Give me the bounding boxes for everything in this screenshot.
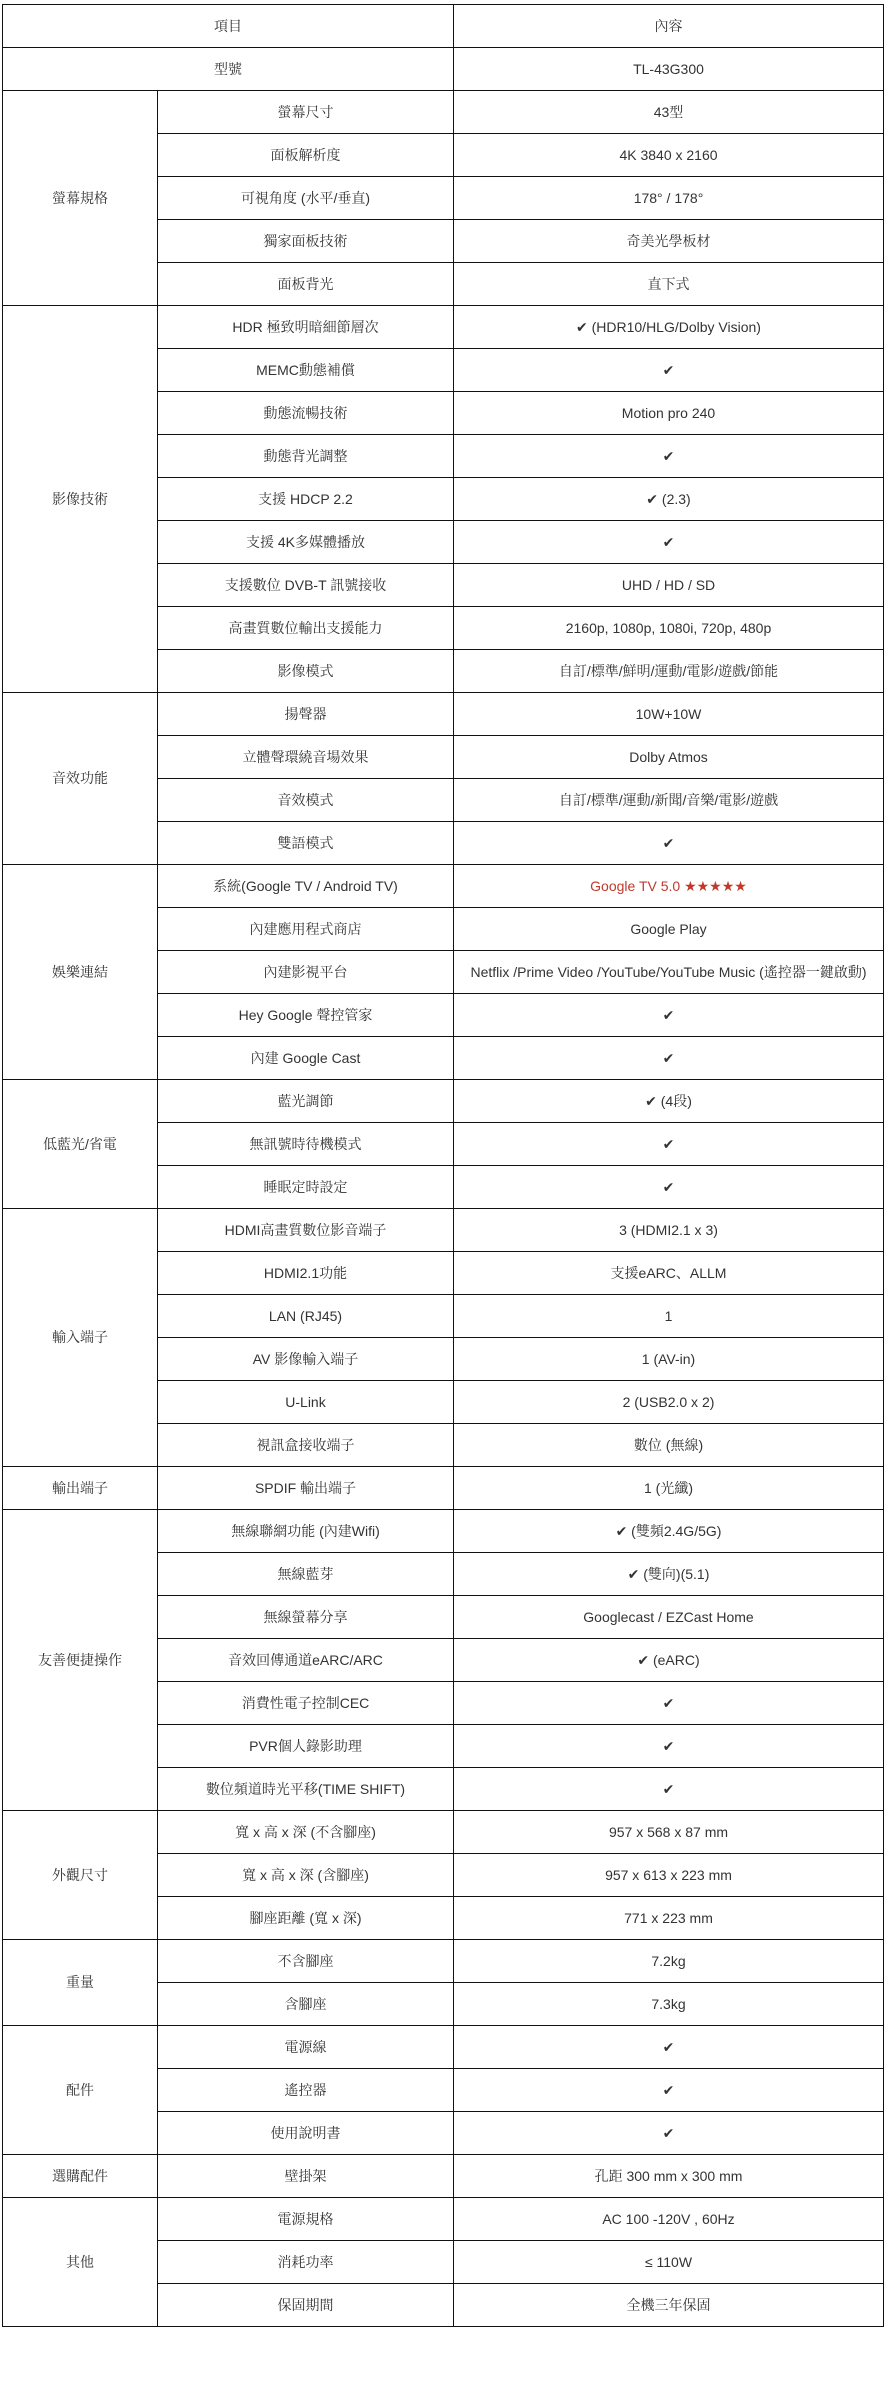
spec-value: ✔	[454, 1037, 884, 1080]
spec-item: 揚聲器	[158, 693, 454, 736]
spec-item: 支援 HDCP 2.2	[158, 478, 454, 521]
spec-value: ✔	[454, 994, 884, 1037]
spec-item: 視訊盒接收端子	[158, 1424, 454, 1467]
group-label: 其他	[3, 2198, 158, 2327]
spec-item: HDR 極致明暗細節層次	[158, 306, 454, 349]
spec-value: ✔ (2.3)	[454, 478, 884, 521]
spec-item: 電源線	[158, 2026, 454, 2069]
group-label: 音效功能	[3, 693, 158, 865]
spec-item: HDMI高畫質數位影音端子	[158, 1209, 454, 1252]
spec-value: ✔ (雙頻2.4G/5G)	[454, 1510, 884, 1553]
spec-item: 面板背光	[158, 263, 454, 306]
spec-item: 可視角度 (水平/垂直)	[158, 177, 454, 220]
table-row: 低藍光/省電藍光調節✔ (4段)	[3, 1080, 884, 1123]
spec-value: Googlecast / EZCast Home	[454, 1596, 884, 1639]
spec-value: 數位 (無線)	[454, 1424, 884, 1467]
spec-value: ✔ (eARC)	[454, 1639, 884, 1682]
spec-value: ✔	[454, 1725, 884, 1768]
table-row: 娛樂連結系統(Google TV / Android TV)Google TV …	[3, 865, 884, 908]
table-row: 輸入端子HDMI高畫質數位影音端子3 (HDMI2.1 x 3)	[3, 1209, 884, 1252]
spec-value: ✔	[454, 2112, 884, 2155]
spec-item: AV 影像輸入端子	[158, 1338, 454, 1381]
spec-value: 全機三年保固	[454, 2284, 884, 2327]
spec-value: 1 (AV-in)	[454, 1338, 884, 1381]
spec-item: 音效模式	[158, 779, 454, 822]
spec-value: 奇美光學板材	[454, 220, 884, 263]
table-row: 輸出端子SPDIF 輸出端子1 (光纖)	[3, 1467, 884, 1510]
spec-item: LAN (RJ45)	[158, 1295, 454, 1338]
table-row: 友善便捷操作無線聯網功能 (內建Wifi)✔ (雙頻2.4G/5G)	[3, 1510, 884, 1553]
group-label: 友善便捷操作	[3, 1510, 158, 1811]
spec-value: 自訂/標準/運動/新聞/音樂/電影/遊戲	[454, 779, 884, 822]
header-content: 內容	[454, 5, 884, 48]
spec-item: SPDIF 輸出端子	[158, 1467, 454, 1510]
group-label: 低藍光/省電	[3, 1080, 158, 1209]
group-label: 螢幕規格	[3, 91, 158, 306]
spec-value: 10W+10W	[454, 693, 884, 736]
spec-value: ✔ (雙向)(5.1)	[454, 1553, 884, 1596]
spec-item: MEMC動態補償	[158, 349, 454, 392]
table-row: 影像技術HDR 極致明暗細節層次✔ (HDR10/HLG/Dolby Visio…	[3, 306, 884, 349]
spec-item: 無線螢幕分享	[158, 1596, 454, 1639]
spec-value: ≤ 110W	[454, 2241, 884, 2284]
spec-item: 動態流暢技術	[158, 392, 454, 435]
spec-item: 支援數位 DVB-T 訊號接收	[158, 564, 454, 607]
spec-item: PVR個人錄影助理	[158, 1725, 454, 1768]
table-header-row: 項目 內容	[3, 5, 884, 48]
spec-item: 雙語模式	[158, 822, 454, 865]
model-value: TL-43G300	[454, 48, 884, 91]
spec-item: Hey Google 聲控管家	[158, 994, 454, 1037]
table-row: 重量不含腳座7.2kg	[3, 1940, 884, 1983]
header-item: 項目	[3, 5, 454, 48]
spec-value: 43型	[454, 91, 884, 134]
spec-item: 含腳座	[158, 1983, 454, 2026]
spec-value: UHD / HD / SD	[454, 564, 884, 607]
spec-table: 項目 內容 型號 TL-43G300 螢幕規格螢幕尺寸43型面板解析度4K 38…	[2, 4, 884, 2327]
group-label: 輸入端子	[3, 1209, 158, 1467]
spec-value: 2160p, 1080p, 1080i, 720p, 480p	[454, 607, 884, 650]
spec-item: 獨家面板技術	[158, 220, 454, 263]
spec-item: 高畫質數位輸出支援能力	[158, 607, 454, 650]
spec-item: 寬 x 高 x 深 (不含腳座)	[158, 1811, 454, 1854]
spec-value: 直下式	[454, 263, 884, 306]
spec-item: 腳座距離 (寬 x 深)	[158, 1897, 454, 1940]
spec-item: HDMI2.1功能	[158, 1252, 454, 1295]
spec-table-body: 項目 內容 型號 TL-43G300 螢幕規格螢幕尺寸43型面板解析度4K 38…	[3, 5, 884, 2327]
spec-value: 孔距 300 mm x 300 mm	[454, 2155, 884, 2198]
spec-item: U-Link	[158, 1381, 454, 1424]
spec-item: 支援 4K多媒體播放	[158, 521, 454, 564]
spec-value: 自訂/標準/鮮明/運動/電影/遊戲/節能	[454, 650, 884, 693]
spec-value: ✔	[454, 822, 884, 865]
spec-value: 4K 3840 x 2160	[454, 134, 884, 177]
spec-value: 支援eARC、ALLM	[454, 1252, 884, 1295]
spec-item: 保固期間	[158, 2284, 454, 2327]
spec-value: 2 (USB2.0 x 2)	[454, 1381, 884, 1424]
table-row: 音效功能揚聲器10W+10W	[3, 693, 884, 736]
spec-item: 面板解析度	[158, 134, 454, 177]
spec-item: 音效回傳通道eARC/ARC	[158, 1639, 454, 1682]
spec-value: ✔ (4段)	[454, 1080, 884, 1123]
model-row: 型號 TL-43G300	[3, 48, 884, 91]
group-label: 娛樂連結	[3, 865, 158, 1080]
spec-value: 178° / 178°	[454, 177, 884, 220]
model-label: 型號	[3, 48, 454, 91]
table-row: 選購配件壁掛架孔距 300 mm x 300 mm	[3, 2155, 884, 2198]
spec-value: 771 x 223 mm	[454, 1897, 884, 1940]
spec-item: 系統(Google TV / Android TV)	[158, 865, 454, 908]
spec-value: ✔	[454, 1682, 884, 1725]
spec-item: 動態背光調整	[158, 435, 454, 478]
spec-item: 立體聲環繞音場效果	[158, 736, 454, 779]
spec-item: 藍光調節	[158, 1080, 454, 1123]
spec-item: 遙控器	[158, 2069, 454, 2112]
spec-value: Dolby Atmos	[454, 736, 884, 779]
spec-value: 7.2kg	[454, 1940, 884, 1983]
group-label: 選購配件	[3, 2155, 158, 2198]
spec-item: 無線聯網功能 (內建Wifi)	[158, 1510, 454, 1553]
spec-value: 1 (光纖)	[454, 1467, 884, 1510]
spec-item: 使用說明書	[158, 2112, 454, 2155]
spec-value: ✔	[454, 2026, 884, 2069]
spec-value: Netflix /Prime Video /YouTube/YouTube Mu…	[454, 951, 884, 994]
table-row: 配件電源線✔	[3, 2026, 884, 2069]
spec-value: ✔ (HDR10/HLG/Dolby Vision)	[454, 306, 884, 349]
spec-value: Google Play	[454, 908, 884, 951]
spec-value: 3 (HDMI2.1 x 3)	[454, 1209, 884, 1252]
table-row: 其他電源規格AC 100 -120V , 60Hz	[3, 2198, 884, 2241]
group-label: 外觀尺寸	[3, 1811, 158, 1940]
spec-value: Motion pro 240	[454, 392, 884, 435]
spec-item: 內建應用程式商店	[158, 908, 454, 951]
spec-value: ✔	[454, 521, 884, 564]
group-label: 配件	[3, 2026, 158, 2155]
spec-value: ✔	[454, 349, 884, 392]
spec-item: 消耗功率	[158, 2241, 454, 2284]
spec-value: 1	[454, 1295, 884, 1338]
spec-item: 寬 x 高 x 深 (含腳座)	[158, 1854, 454, 1897]
spec-item: 數位頻道時光平移(TIME SHIFT)	[158, 1768, 454, 1811]
spec-value: ✔	[454, 1123, 884, 1166]
spec-item: 無線藍芽	[158, 1553, 454, 1596]
table-row: 螢幕規格螢幕尺寸43型	[3, 91, 884, 134]
spec-value: AC 100 -120V , 60Hz	[454, 2198, 884, 2241]
spec-value: 7.3kg	[454, 1983, 884, 2026]
spec-value: Google TV 5.0 ★★★★★	[454, 865, 884, 908]
spec-item: 壁掛架	[158, 2155, 454, 2198]
spec-item: 內建 Google Cast	[158, 1037, 454, 1080]
spec-value: ✔	[454, 2069, 884, 2112]
spec-item: 影像模式	[158, 650, 454, 693]
spec-value: ✔	[454, 1166, 884, 1209]
group-label: 重量	[3, 1940, 158, 2026]
spec-value: 957 x 568 x 87 mm	[454, 1811, 884, 1854]
spec-value: ✔	[454, 435, 884, 478]
spec-item: 無訊號時待機模式	[158, 1123, 454, 1166]
spec-value: ✔	[454, 1768, 884, 1811]
spec-item: 睡眠定時設定	[158, 1166, 454, 1209]
spec-value: 957 x 613 x 223 mm	[454, 1854, 884, 1897]
spec-item: 螢幕尺寸	[158, 91, 454, 134]
spec-item: 消費性電子控制CEC	[158, 1682, 454, 1725]
table-row: 外觀尺寸寬 x 高 x 深 (不含腳座)957 x 568 x 87 mm	[3, 1811, 884, 1854]
spec-item: 不含腳座	[158, 1940, 454, 1983]
group-label: 影像技術	[3, 306, 158, 693]
group-label: 輸出端子	[3, 1467, 158, 1510]
spec-item: 電源規格	[158, 2198, 454, 2241]
spec-item: 內建影視平台	[158, 951, 454, 994]
